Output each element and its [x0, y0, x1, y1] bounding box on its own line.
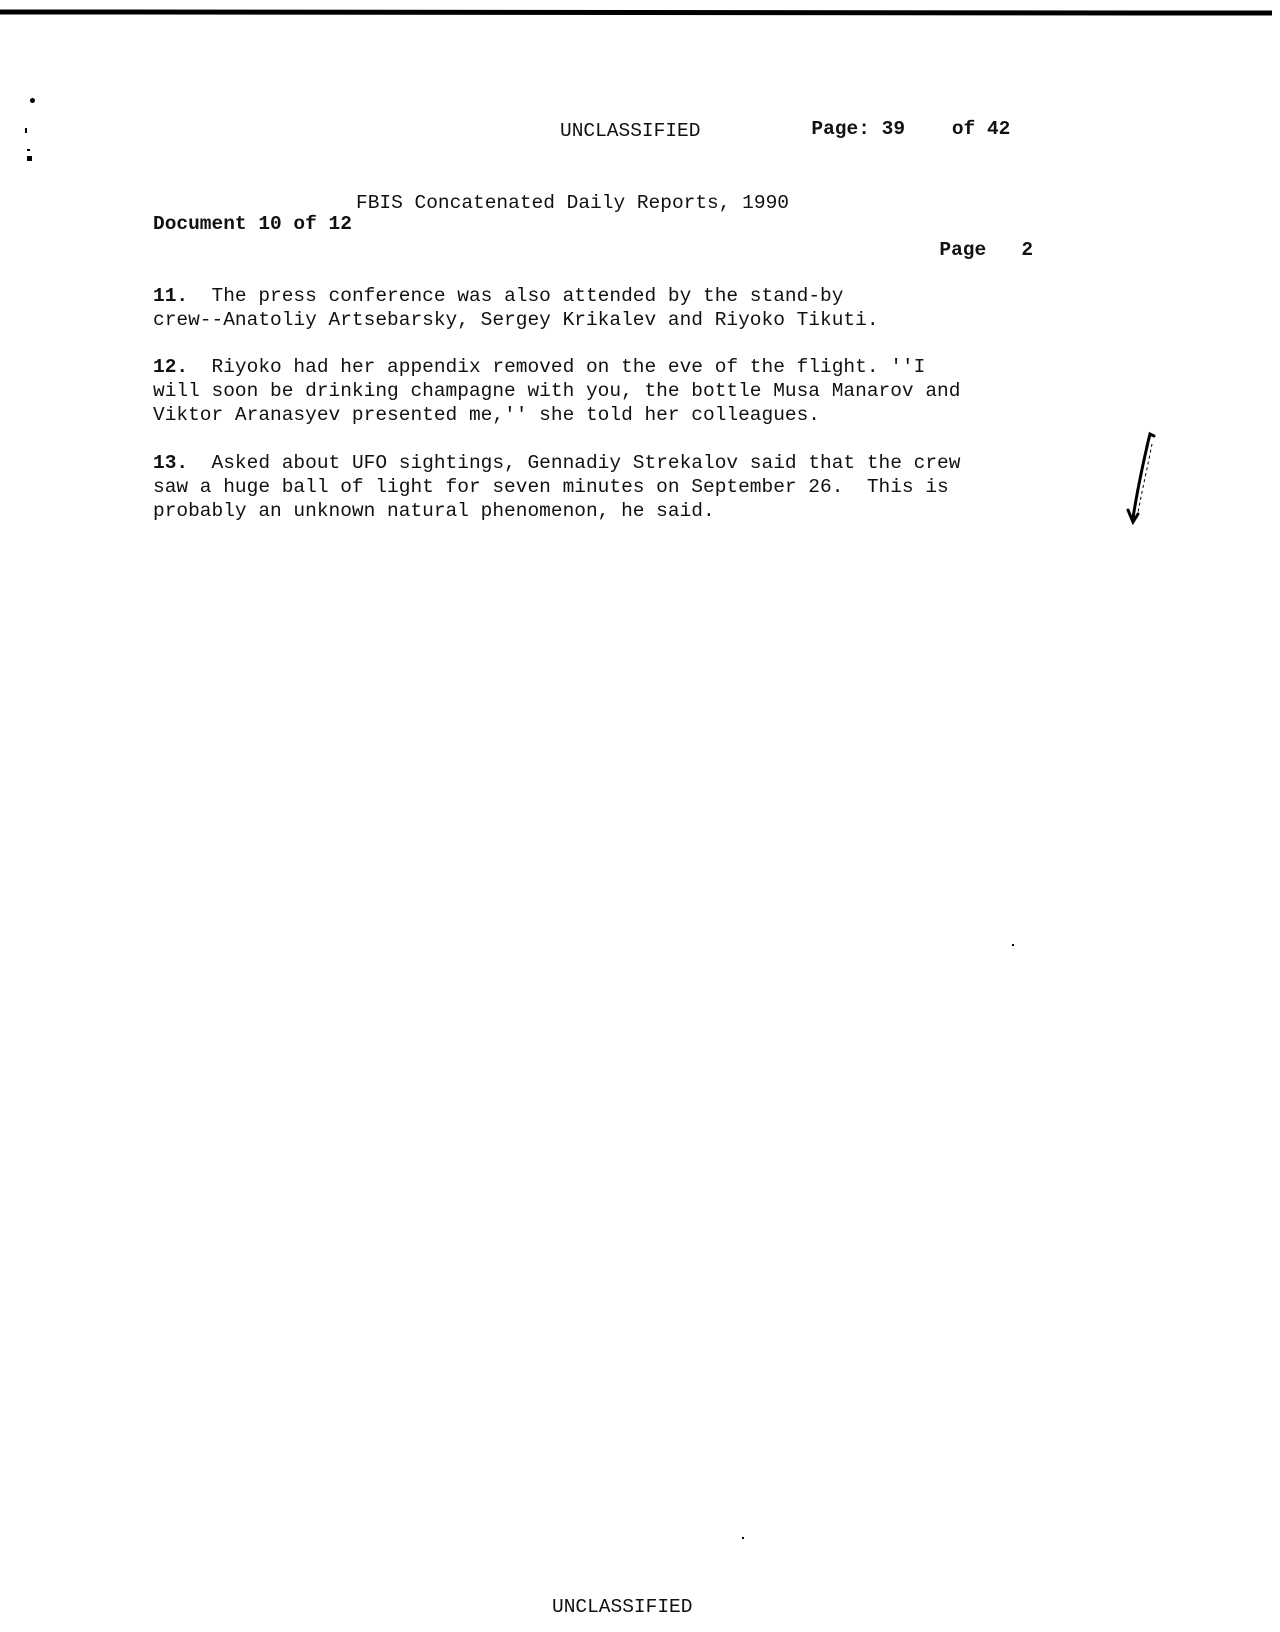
scan-speck [27, 149, 30, 151]
page-marker: Page: 39 of 42 [788, 96, 1010, 140]
paragraph-line: will soon be drinking champagne with you… [153, 380, 960, 402]
document-page: Page 2 [916, 217, 1033, 261]
paragraph-number: 11. [153, 285, 188, 307]
paragraph-12: 12. Riyoko had her appendix removed on t… [153, 355, 1033, 427]
scan-speck [27, 156, 32, 161]
classification-top: UNCLASSIFIED [560, 120, 700, 142]
scan-speck [30, 98, 35, 103]
report-title: FBIS Concatenated Daily Reports, 1990 [356, 192, 789, 214]
page-marker-total: 42 [987, 118, 1010, 140]
paragraph-line: crew--Anatoliy Artsebarsky, Sergey Krika… [153, 309, 879, 331]
handwritten-arrow-icon [1120, 430, 1160, 530]
page-marker-of: of [952, 118, 975, 140]
document-page-label: Page [939, 239, 986, 261]
paragraph-line: Riyoko had her appendix removed on the e… [212, 356, 926, 378]
top-scan-border [0, 9, 1272, 15]
paragraph-line: Asked about UFO sightings, Gennadiy Stre… [212, 452, 961, 474]
paragraph-line: probably an unknown natural phenomenon, … [153, 500, 715, 522]
paragraph-number: 13. [153, 452, 188, 474]
scan-speck [1012, 944, 1014, 946]
classification-bottom: UNCLASSIFIED [552, 1596, 692, 1618]
document-counter: Document 10 of 12 [153, 213, 352, 235]
document-page-number: 2 [1021, 239, 1033, 261]
page-marker-current: 39 [882, 118, 905, 140]
paragraph-number: 12. [153, 356, 188, 378]
page-marker-label: Page: [811, 118, 870, 140]
scan-speck [25, 128, 27, 133]
paragraph-line: The press conference was also attended b… [212, 285, 844, 307]
paragraph-11: 11. The press conference was also attend… [153, 284, 1033, 332]
scan-speck [742, 1537, 744, 1539]
paragraph-13: 13. Asked about UFO sightings, Gennadiy … [153, 451, 1033, 523]
paragraph-line: Viktor Aranasyev presented me,'' she tol… [153, 404, 820, 426]
paragraph-line: saw a huge ball of light for seven minut… [153, 476, 949, 498]
